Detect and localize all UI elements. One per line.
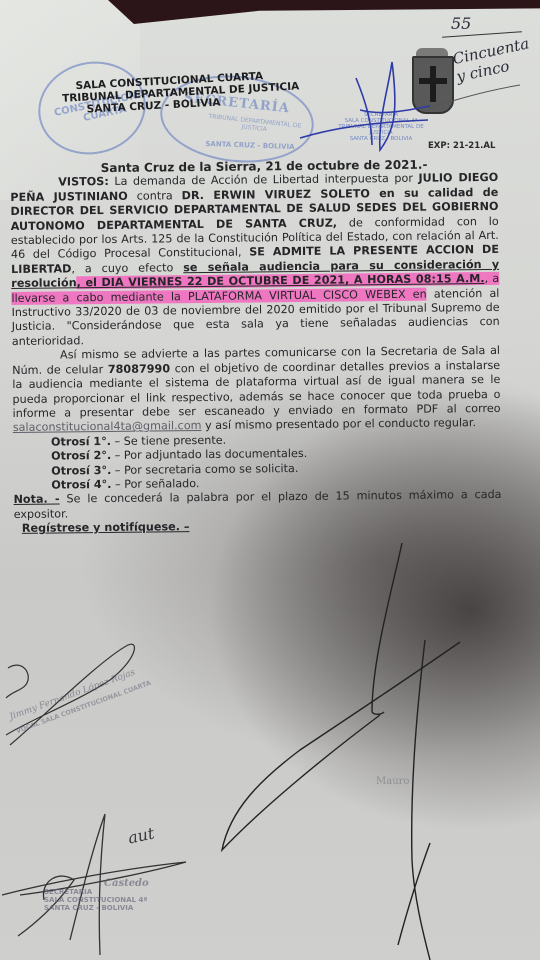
otrosi-text: – Por adjuntado las documentales. [111, 447, 307, 462]
paragraph-contact: Así mismo se advierte a las partes comun… [12, 344, 501, 436]
bottom-stamp-line-2: SALA CONSTITUCIONAL 4ª [44, 896, 149, 904]
phone-number: 78087990 [108, 362, 170, 376]
otrosi-label: Otrosí 2°. [51, 449, 111, 463]
bottom-stamp-name: Castedo [44, 880, 149, 888]
otrosi-text: – Se tiene presente. [111, 433, 226, 447]
signature-stamp-top: SECRETARIA SALA CONSTITUCIONAL 4ª TRIBUN… [326, 112, 436, 142]
folio-number: 55 [451, 14, 471, 33]
coat-of-arms-icon [412, 56, 454, 114]
nota-label: Nota. - [13, 493, 59, 506]
otrosi-text: – Por señalado. [111, 477, 199, 491]
bottom-stamp-line-3: SANTA CRUZ - BOLIVIA [44, 904, 149, 912]
otrosi-label: Otrosí 3°. [51, 463, 111, 477]
bottom-stamp-line-1: SECRETARIA [44, 888, 149, 896]
aut-note: aut [126, 823, 156, 847]
nota-text: Se le concederá la palabra por el plazo … [14, 488, 502, 521]
sig-stamp-line-3: TRIBUNAL DEPARTAMENTAL DE JUSTICIA [326, 124, 436, 136]
large-signature-right [222, 543, 460, 960]
bottom-secretary-stamp: Castedo SECRETARIA SALA CONSTITUCIONAL 4… [44, 880, 149, 912]
document-page: CONSTITUCIONAL CUARTA SECRETARÍA TRIBUNA… [0, 0, 540, 960]
center-name-stamp: Mauro [376, 776, 409, 787]
folio-words: Cincuenta y cinco [451, 34, 534, 85]
p1-text-1: La demanda de Acción de Libertad interpu… [109, 172, 419, 188]
otrosi-label: Otrosí 4°. [51, 478, 111, 492]
otrosi-text: – Por secretaria como se solicita. [111, 462, 298, 477]
secretaria-stamp-sub: TRIBUNAL DEPARTAMENTAL DE JUSTICIA [197, 112, 312, 138]
otrosi-label: Otrosí 1°. [51, 435, 111, 449]
p1-text-2: contra [128, 189, 182, 203]
p2-text-3: y así mismo presentado por el conducto r… [201, 416, 476, 432]
background-fold [108, 0, 540, 24]
resolution-body: Santa Cruz de la Sierra, 21 de octubre d… [10, 157, 502, 537]
email-link[interactable]: salaconstitucional4ta@gmail.com [13, 419, 202, 434]
secretaria-stamp-bottom: SANTA CRUZ - BOLIVIA [205, 140, 294, 151]
vistos-label: VISTOS: [58, 175, 109, 189]
sig-stamp-line-4: SANTA CRUZ - BOLIVIA [326, 136, 436, 142]
expediente-number: EXP: 21-21.AL [428, 141, 495, 151]
paragraph-vistos: VISTOS: La demanda de Acción de Libertad… [10, 171, 500, 349]
p1-text-4: , a cuyo efecto [71, 261, 183, 275]
